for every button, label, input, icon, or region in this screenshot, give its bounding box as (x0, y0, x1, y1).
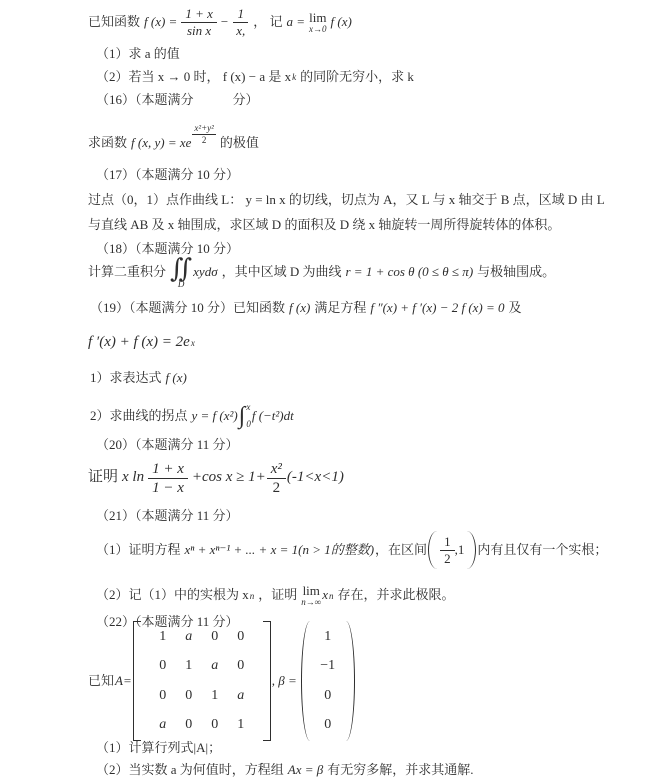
q15-f-equals: f (x) = (144, 14, 177, 31)
matrix-cell: 0 (237, 657, 244, 675)
fraction-numerator: 1 (233, 6, 248, 23)
matrix-cell: a (185, 628, 192, 646)
q21-item2-text: （2）记（1）中的实根为 x (96, 587, 249, 604)
q15-intro-line: 已知函数 f (x) = 1 + x sin x − 1 x, ， 记 a = … (88, 6, 352, 38)
right-bracket (263, 621, 271, 741)
limit-subscript: n→∞ (301, 598, 321, 607)
q21-limit: lim n→∞ (301, 584, 321, 607)
q18-tail-text: 与极轴围成。 (477, 264, 555, 281)
document-page: 已知函数 f (x) = 1 + x sin x − 1 x, ， 记 a = … (0, 0, 660, 780)
fraction-numerator: x² (267, 460, 286, 479)
integral-lower-bound: 0 (246, 420, 251, 429)
fraction-denominator: x, (232, 23, 249, 39)
integral-with-bounds: ∫ x 0 (239, 403, 251, 429)
vector-cell: 0 (324, 716, 331, 734)
fraction-denominator: 2 (440, 551, 455, 567)
left-bracket (133, 621, 141, 741)
right-paren (467, 531, 476, 569)
q17-header-line: （17）（本题满分 10 分） (96, 167, 239, 184)
left-paren (428, 531, 437, 569)
q19-fx: f (x) (289, 300, 310, 317)
q18-mid-text: ，其中区域 D 为曲线 (222, 264, 342, 281)
q22-item2-equation: Ax = β (288, 762, 323, 779)
q21-item2-mid-text: ，证明 (258, 587, 297, 604)
q20-middle-terms: +cos x ≥ 1+ (192, 468, 266, 488)
q20-header-text: （20）（本题满分 11 分） (96, 437, 239, 454)
q20-fraction-1: 1 + x 1 − x (148, 460, 188, 497)
q19-tail-text: 及 (509, 300, 522, 317)
q19-ode-equation: f ″(x) + f ′(x) − 2 f (x) = 0 (370, 300, 504, 317)
q22-item2-tail: 有无穷多解，并求其通解. (327, 762, 473, 779)
q16-tail-text: 的极值 (220, 135, 259, 152)
q21-item1-text: （1）证明方程 (96, 542, 181, 559)
fraction-denominator: 2 (198, 135, 211, 146)
fraction-numerator: x²+y² (192, 123, 215, 135)
matrix-cell: 1 (237, 716, 244, 734)
q15-item2-text: （2）若当 x → 0 时， f (x) − a 是 x (96, 69, 291, 86)
q20-formula-line: 证明 x ln 1 + x 1 − x +cos x ≥ 1+ x² 2 (-1… (88, 456, 344, 500)
q21-header-line: （21）（本题满分 11 分） (96, 508, 239, 525)
q21-item2-tail-text: 存在，并求此极限。 (337, 587, 454, 604)
vector-cell: −1 (320, 657, 335, 675)
q16-exponent-fraction: x²+y² 2 (192, 119, 215, 146)
q15-limit: lim x→0 (309, 11, 327, 34)
fraction-numerator: 1 + x (148, 460, 188, 479)
q18-integrand: xydσ (193, 264, 217, 281)
q17-body-line-2: 与直线 AB 及 x 轴围成，求区域 D 的面积及 D 绕 x 轴旋转一周所得旋… (88, 217, 560, 234)
matrix-cell: 0 (185, 716, 192, 734)
q21-interval-rest: ,1 (455, 542, 465, 559)
fraction-denominator: 1 − x (148, 479, 188, 497)
q21-item1-line: （1）证明方程 xⁿ + xⁿ⁻¹ + ... + x = 1(n > 1的整数… (96, 528, 607, 572)
matrix-cell: 1 (185, 657, 192, 675)
fraction-denominator: sin x (183, 23, 215, 39)
limit-symbol: lim (309, 11, 326, 24)
double-integral-region: D (178, 280, 185, 289)
minus-operator: − (221, 14, 228, 31)
q15-fx: f (x) (331, 14, 352, 31)
q22-item1-line: （1）计算行列式|A|； (96, 740, 221, 757)
matrix-cell: 0 (159, 687, 166, 705)
q22-matrix-line: 已知 A= 1 a 0 0 0 1 a 0 0 0 1 a a 0 0 1 (88, 630, 355, 732)
matrix-cell: a (237, 687, 244, 705)
q17-body-line-1: 过点（0，1）点作曲线 L： y = ln x 的切线，切点为 A，又 L 与 … (88, 192, 605, 209)
q21-header-text: （21）（本题满分 11 分） (96, 508, 239, 525)
q17-header-text: （17）（本题满分 10 分） (96, 167, 239, 184)
q20-header-line: （20）（本题满分 11 分） (96, 437, 239, 454)
matrix-cell: 0 (211, 628, 218, 646)
q20-fraction-2: x² 2 (267, 460, 286, 497)
q19-item2-text: 2）求曲线的拐点 (90, 408, 188, 425)
q21-item1-tail-text: 内有且仅有一个实根； (477, 542, 607, 559)
q19-equation2: f ′(x) + f (x) = 2e (88, 333, 190, 353)
q22-item2-text: （2）当实数 a 为何值时，方程组 (96, 762, 284, 779)
q21-item1-mid-text: ，在区间 (375, 542, 427, 559)
q18-formula-line: 计算二重积分 ∬ D xydσ ，其中区域 D 为曲线 r = 1 + cos … (88, 255, 555, 289)
q18-curve-equation: r = 1 + cos θ (0 ≤ θ ≤ π) (346, 264, 474, 281)
q15-fraction-1: 1 + x sin x (181, 6, 217, 38)
q16-header-text: （16）（本题满分 分） (96, 92, 259, 109)
q15-mid-text: ， 记 (253, 14, 282, 31)
matrix-cell: 1 (159, 628, 166, 646)
q17-body-text-2: 与直线 AB 及 x 轴围成，求区域 D 的面积及 D 绕 x 轴旋转一周所得旋… (88, 217, 560, 234)
q22-beta-equals: , β = (272, 673, 297, 690)
matrix-cell: 0 (159, 657, 166, 675)
q16-formula-line: 求函数 f (x, y) = xe x²+y² 2 的极值 (88, 126, 259, 160)
fraction-numerator: 1 (440, 534, 455, 551)
q21-item2-line: （2）记（1）中的实根为 xn ，证明 lim n→∞ xn 存在，并求此极限。 (96, 584, 455, 607)
right-paren (346, 621, 355, 741)
integral-upper-bound: x (246, 403, 251, 412)
matrix-cell: a (211, 657, 218, 675)
q19-item1-line: 1）求表达式 f (x) (90, 370, 187, 387)
q22-A-equals: A= (115, 673, 132, 690)
q21-interval-fraction: 1 2 (440, 534, 455, 566)
q15-item2-line: （2）若当 x → 0 时， f (x) − a 是 xk 的同阶无穷小，求 k (96, 69, 414, 86)
q15-fraction-2: 1 x, (232, 6, 249, 38)
q16-f-equals: f (x, y) = xe (131, 135, 191, 152)
q19-item2-integrand: f (−t²)dt (252, 408, 294, 425)
vector-cell: 1 (324, 628, 331, 646)
q16-lead-text: 求函数 (88, 135, 127, 152)
q15-a-equals: a = (287, 14, 306, 31)
fraction-denominator: 2 (269, 479, 285, 497)
q22-item2-line: （2）当实数 a 为何值时，方程组 Ax = β 有无穷多解，并求其通解. (96, 762, 474, 779)
q21-xn: x (322, 587, 328, 604)
left-paren (301, 621, 310, 741)
matrix-A: 1 a 0 0 0 1 a 0 0 0 1 a a 0 0 1 (133, 621, 271, 741)
q19-item2-line: 2）求曲线的拐点 y = f (x²) ∫ x 0 f (−t²)dt (90, 402, 294, 430)
matrix-cell: 1 (211, 687, 218, 705)
q19-header-line: （19）（本题满分 10 分）已知函数 f (x) 满足方程 f ″(x) + … (90, 300, 522, 317)
q15-item2-tail: 的同阶无穷小，求 k (300, 69, 414, 86)
q20-xln: x ln (122, 468, 144, 488)
q19-item1-fx: f (x) (166, 370, 187, 387)
matrix-cell: 0 (211, 716, 218, 734)
q15-item1-line: （1）求 a 的值 (96, 46, 180, 63)
vector-cell: 0 (324, 687, 331, 705)
q21-item1-equation: xⁿ + xⁿ⁻¹ + ... + x = 1(n > 1的整数) (185, 542, 375, 559)
q19-header-text: （19）（本题满分 10 分）已知函数 (90, 300, 285, 317)
q19-item1-text: 1）求表达式 (90, 370, 162, 387)
q19-mid-text: 满足方程 (314, 300, 366, 317)
q20-lead-text: 证明 (88, 468, 118, 488)
q18-lead-text: 计算二重积分 (88, 264, 166, 281)
q17-body-text-1: 过点（0，1）点作曲线 L： y = ln x 的切线，切点为 A，又 L 与 … (88, 192, 605, 209)
q19-equation2-line: f ′(x) + f (x) = 2ex (88, 333, 195, 353)
q15-lead-text: 已知函数 (88, 14, 140, 31)
matrix-cell: 0 (185, 687, 192, 705)
matrix-cell: 0 (237, 628, 244, 646)
fraction-numerator: 1 + x (181, 6, 217, 23)
limit-subscript: x→0 (309, 25, 327, 34)
q22-item1-text: （1）计算行列式|A|； (96, 740, 221, 757)
q16-header-line: （16）（本题满分 分） (96, 92, 259, 109)
integral-symbol: ∫ (239, 404, 246, 428)
q19-item2-y-equation: y = f (x²) (192, 408, 238, 425)
q22-lead-text: 已知 (88, 673, 114, 690)
q21-interval-parens: 1 2 ,1 (428, 531, 476, 569)
vector-beta: 1 −1 0 0 (301, 621, 355, 741)
limit-symbol: lim (303, 584, 320, 597)
q20-domain-condition: (-1<x<1) (287, 468, 344, 488)
double-integral-symbol: ∬ (170, 256, 192, 282)
double-integral: ∬ D (170, 256, 192, 289)
q15-item1-text: （1）求 a 的值 (96, 46, 180, 63)
matrix-cell: a (159, 716, 166, 734)
